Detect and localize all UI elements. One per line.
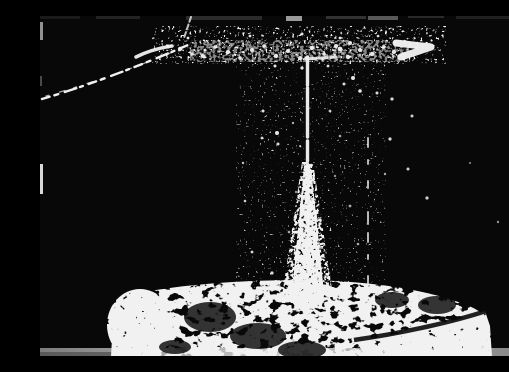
spray-dot [190, 52, 194, 56]
film-edge-segment [186, 16, 262, 20]
spray-dot [338, 47, 343, 52]
spray-dot [358, 48, 362, 52]
droplet [275, 131, 279, 135]
spray-dot [250, 48, 254, 52]
spray-dot [382, 45, 386, 49]
spray-dot [322, 52, 326, 56]
spray-dot [238, 56, 242, 60]
droplet [411, 115, 414, 118]
film-edge-segment [368, 16, 398, 20]
film-edge-tick [40, 22, 43, 40]
photo-frame [40, 16, 509, 356]
photo-canvas [40, 16, 509, 356]
droplet [351, 76, 355, 80]
droplet [329, 110, 332, 113]
spray-dot [392, 50, 396, 54]
spray-dot [339, 37, 342, 40]
droplet [270, 271, 273, 274]
film-edge-tick [40, 76, 42, 86]
spray-dot [249, 35, 252, 38]
spray-dot [262, 44, 266, 48]
droplet [242, 162, 244, 164]
spray-dot [334, 44, 338, 48]
droplet [244, 200, 247, 203]
droplet [384, 173, 386, 175]
droplet [277, 143, 280, 146]
dark-patch [159, 340, 191, 354]
droplet [292, 122, 294, 124]
dark-patch [375, 292, 409, 308]
spray-dot [213, 45, 217, 49]
spray-dot [346, 55, 350, 59]
film-edge-segment [456, 16, 509, 19]
film-edge-segment [326, 16, 366, 19]
spray-dot [370, 52, 374, 56]
droplet [407, 168, 410, 171]
spray-dot [286, 49, 290, 53]
spray-dot [327, 65, 330, 68]
droplet [262, 110, 265, 113]
droplet [388, 137, 391, 140]
film-edge-tick [40, 164, 43, 194]
spray-dot [298, 56, 302, 60]
droplet [376, 92, 379, 95]
droplet [334, 175, 336, 177]
film-edge-segment [40, 16, 80, 19]
spray-dot [274, 54, 278, 58]
spray-dot [274, 65, 277, 68]
droplet [295, 191, 297, 193]
droplet [390, 97, 393, 100]
droplet [288, 231, 291, 234]
droplet [425, 196, 428, 199]
spray-dot [187, 37, 190, 40]
spray-dot [348, 41, 352, 45]
droplet [251, 251, 254, 254]
spray-dot [226, 50, 230, 54]
spray-dot [301, 33, 304, 36]
droplet [261, 137, 264, 140]
droplet [497, 221, 499, 223]
dark-patch [230, 323, 286, 349]
dark-patch [418, 296, 456, 314]
droplet [349, 205, 352, 208]
droplet [343, 83, 346, 86]
droplet [299, 145, 301, 147]
film-edge-segment [286, 16, 302, 21]
dark-patch [184, 302, 236, 332]
film-edge-segment [96, 16, 140, 19]
spray-dot [201, 54, 205, 58]
spray-dot [377, 35, 380, 38]
spray-dot [310, 46, 314, 50]
band-underside-lip [306, 57, 336, 59]
droplet [357, 243, 360, 246]
droplet [358, 89, 362, 93]
spray-dot [300, 66, 303, 69]
film-edge-segment [408, 16, 444, 18]
droplet [469, 162, 471, 164]
droplet [339, 135, 342, 138]
